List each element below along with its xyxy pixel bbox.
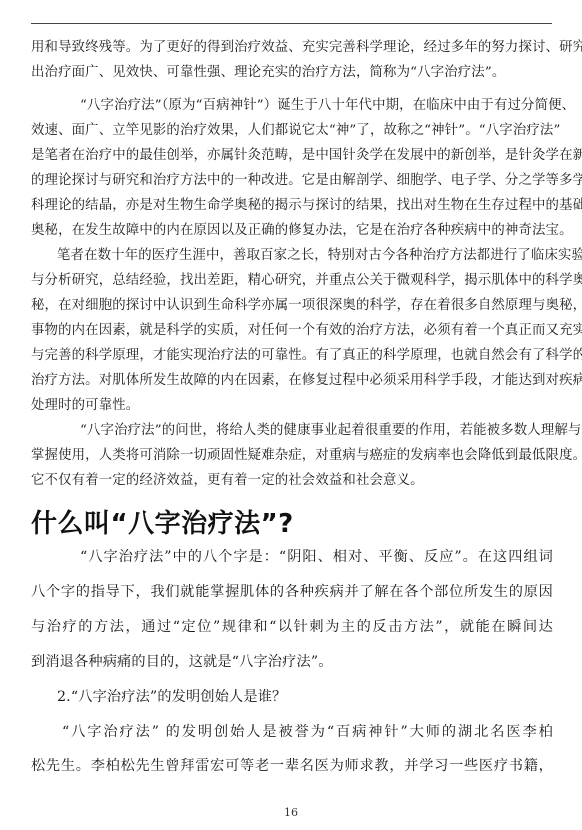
text-line: 用和导致终残等。为了更好的得到治疗效益、充实完善科学理论，经过多年的努力探讨、研… — [31, 36, 553, 55]
text-line: 是笔者在治疗中的最佳创举，亦属针灸范畴，是中国针灸学在发展中的新创举，是针灸学在… — [31, 144, 553, 163]
section-heading: 什么叫“八字治疗法”? — [31, 503, 294, 540]
page-number: 16 — [0, 806, 582, 819]
text-line: “八字治疗法”的问世，将给人类的健康事业起着很重要的作用，若能被多数人理解与 — [80, 419, 553, 438]
text-line: 笔者在数十年的医疗生涯中，善取百家之长，特别对古今各种治疗方法都进行了临床实验 — [57, 244, 553, 263]
text-line: 奥秘，在发生故障中的内在原因以及正确的修复办法，它是在治疗各种疾病中的神奇法宝。 — [31, 219, 553, 238]
text-line: 治疗方法。对肌体所发生故障的内在因素，在修复过程中必须采用科学手段，才能达到对疾… — [31, 369, 553, 388]
numbered-question: 2.“八字治疗法”的发明创始人是谁？ — [57, 686, 553, 706]
header-rule — [31, 23, 552, 24]
text-line: 到消退各种病痛的目的，这就是“八字治疗法”。 — [31, 651, 553, 671]
text-line: 秘，在对细胞的探讨中认识到生命科学亦属一项很深奥的科学，存在着很多自然原理与奥秘… — [31, 294, 553, 313]
text-line: 事物的内在因素，就是科学的实质，对任何一个有效的治疗方法，必须有着一个真正而又充… — [31, 319, 553, 338]
text-line: “八字治疗法”（原为“百病神针”）诞生于八十年代中期，在临床中由于有过分简便、 — [80, 94, 553, 113]
text-line: “八字治疗法” 的发明创始人是被誉为“百病神针”大师的湖北名医李柏 — [62, 721, 553, 741]
text-line: 松先生。李柏松先生曾拜雷宏可等老一辈名医为师求教，并学习一些医疗书籍， — [31, 755, 553, 775]
text-line: 效速、面广、立竿见影的治疗效果，人们都说它太“神”了，故称之“神针”。“八字治疗… — [31, 119, 553, 138]
text-line: 与治疗的方法，通过“定位”规律和“以针刺为主的反击方法”，就能在瞬间达 — [31, 616, 553, 636]
text-line: 的理论探讨与研究和治疗方法中的一种改进。它是由解剖学、细胞学、电子学、分之学等多… — [31, 169, 553, 188]
text-line: 出治疗面广、见效快、可靠性强、理论充实的治疗方法，简称为“八字治疗法”。 — [31, 61, 553, 80]
text-line: 它不仅有着一定的经济效益，更有着一定的社会效益和社会意义。 — [31, 469, 553, 488]
text-line: 科理论的结晶，亦是对生物生命学奥秘的揭示与探讨的结果，找出对生物在生存过程中的基… — [31, 194, 553, 213]
text-line: 处理时的可靠性。 — [31, 394, 553, 413]
text-line: 掌握使用，人类将可消除一切顽固性疑难杂症，对重病与癌症的发病率也会降低到最低限度… — [31, 444, 553, 463]
text-line: 与完善的科学原理，才能实现治疗法的可靠性。有了真正的科学原理，也就自然会有了科学… — [31, 344, 553, 363]
text-line: 八个字的指导下，我们就能掌握肌体的各种疾病并了解在各个部位所发生的原因 — [31, 581, 553, 601]
text-line: “八字治疗法”中的八个字是：“阴阳、相对、平衡、反应”。在这四组词 — [80, 546, 553, 566]
text-line: 与分析研究，总结经验，找出差距，精心研究，并重点公关于微观科学，揭示肌体中的科学… — [31, 269, 553, 288]
